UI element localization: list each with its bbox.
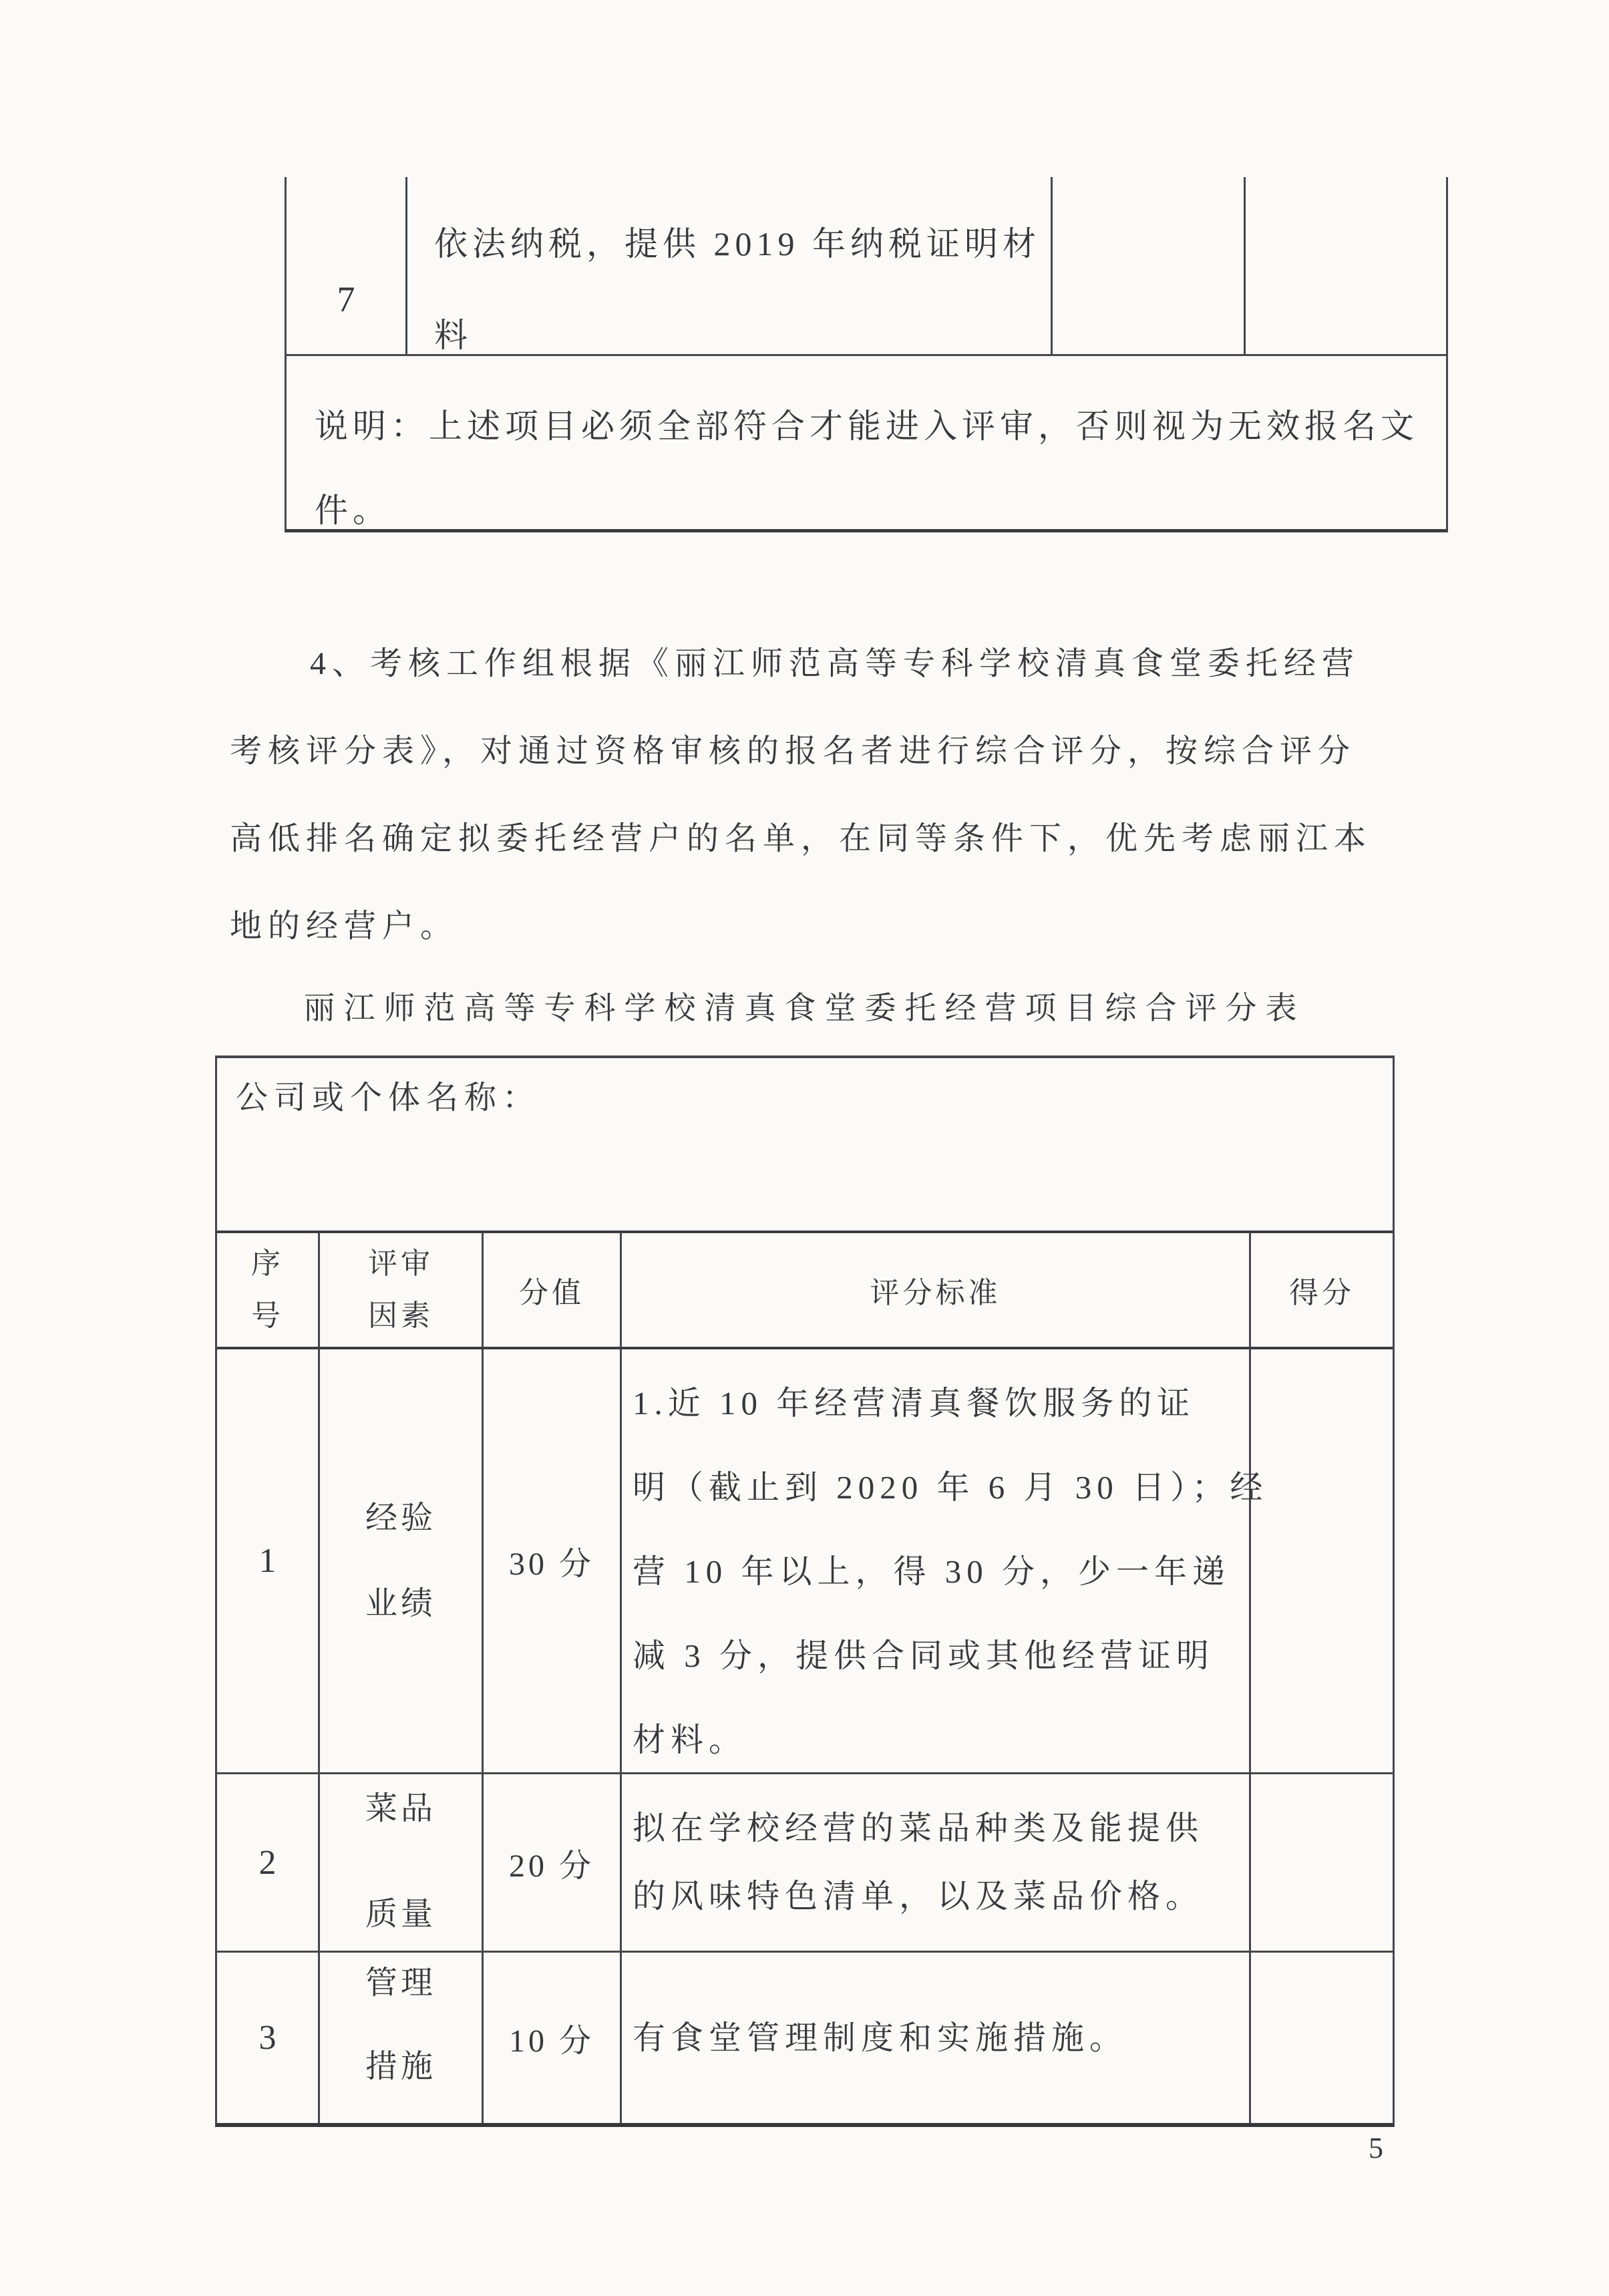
company-name-row: 公司或个体名称： <box>217 1058 1393 1233</box>
document-page: 7 依法纳税，提供 2019 年纳税证明材 料 说明：上述项目必须全部符合才能进… <box>0 0 1609 2296</box>
header-points: 得分 <box>1251 1233 1393 1347</box>
qualification-row-7: 7 依法纳税，提供 2019 年纳税证明材 料 <box>287 177 1446 356</box>
row-points-cell-empty <box>1251 1774 1393 1951</box>
paragraph-line: 地的经营户。 <box>230 882 1385 970</box>
row-criteria-cell: 有食堂管理制度和实施措施。 <box>622 1953 1251 2123</box>
company-name-label: 公司或个体名称： <box>236 1080 540 1116</box>
note-row: 说明：上述项目必须全部符合才能进入评审，否则视为无效报名文 件。 <box>287 356 1446 552</box>
table-row: 3 管理 措施 10 分 有食堂管理制度和实施措施。 <box>217 1953 1393 2123</box>
score-table: 公司或个体名称： 序 号 评审 因素 分值 评分标准 得分 1 <box>215 1055 1395 2127</box>
row-points-cell-empty <box>1251 1953 1393 2123</box>
row-factor-cell: 菜品 质量 <box>320 1774 484 1951</box>
row-score-cell: 30 分 <box>484 1349 622 1772</box>
row-score-cell: 10 分 <box>484 1953 622 2123</box>
requirement-cell: 依法纳税，提供 2019 年纳税证明材 料 <box>407 177 1053 354</box>
row-criteria-cell: 拟在学校经营的菜品种类及能提供 的风味特色清单，以及菜品价格。 <box>622 1774 1251 1951</box>
row-factor-cell: 管理 措施 <box>320 1953 484 2123</box>
note-line: 说明：上述项目必须全部符合才能进入评审，否则视为无效报名文 <box>315 384 1419 468</box>
check-cell-empty <box>1053 177 1246 354</box>
paragraph-line: 4、考核工作组根据《丽江师范高等专科学校清真食堂委托经营 <box>230 620 1385 707</box>
row-criteria-cell: 1.近 10 年经营清真餐饮服务的证 明（截止到 2020 年 6 月 30 日… <box>622 1349 1251 1772</box>
score-table-header-row: 序 号 评审 因素 分值 评分标准 得分 <box>217 1233 1393 1349</box>
row-score-cell: 20 分 <box>484 1774 622 1951</box>
paragraph-line: 高低排名确定拟委托经营户的名单，在同等条件下，优先考虑丽江本 <box>230 795 1385 882</box>
requirement-line: 依法纳税，提供 2019 年纳税证明材 <box>434 198 1051 290</box>
page-number: 5 <box>1356 2131 1396 2165</box>
row-seq-cell: 3 <box>217 1953 320 2123</box>
note-line: 件。 <box>315 468 1419 552</box>
check-cell-empty <box>1246 177 1446 354</box>
row-factor-cell: 经验 业绩 <box>320 1349 484 1772</box>
row-seq-cell: 1 <box>217 1349 320 1772</box>
row-points-cell-empty <box>1251 1349 1393 1772</box>
header-seq: 序 号 <box>217 1233 320 1347</box>
table-row: 1 经验 业绩 30 分 1.近 10 年经营清真餐饮服务的证 明（截止到 20… <box>217 1349 1393 1774</box>
paragraph-line: 考核评分表》，对通过资格审核的报名者进行综合评分，按综合评分 <box>230 707 1385 795</box>
score-table-title: 丽江师范高等专科学校清真食堂委托经营项目综合评分表 <box>0 989 1609 1029</box>
header-criteria: 评分标准 <box>622 1233 1251 1347</box>
row-index: 7 <box>337 279 355 320</box>
qualification-table: 7 依法纳税，提供 2019 年纳税证明材 料 说明：上述项目必须全部符合才能进… <box>285 177 1448 532</box>
row-index-cell: 7 <box>287 177 407 354</box>
header-factor: 评审 因素 <box>320 1233 484 1347</box>
header-score-value: 分值 <box>484 1233 622 1347</box>
paragraph-item-4: 4、考核工作组根据《丽江师范高等专科学校清真食堂委托经营 考核评分表》，对通过资… <box>230 620 1385 970</box>
table-row: 2 菜品 质量 20 分 拟在学校经营的菜品种类及能提供 的风味特色清单，以及菜… <box>217 1774 1393 1953</box>
row-seq-cell: 2 <box>217 1774 320 1951</box>
